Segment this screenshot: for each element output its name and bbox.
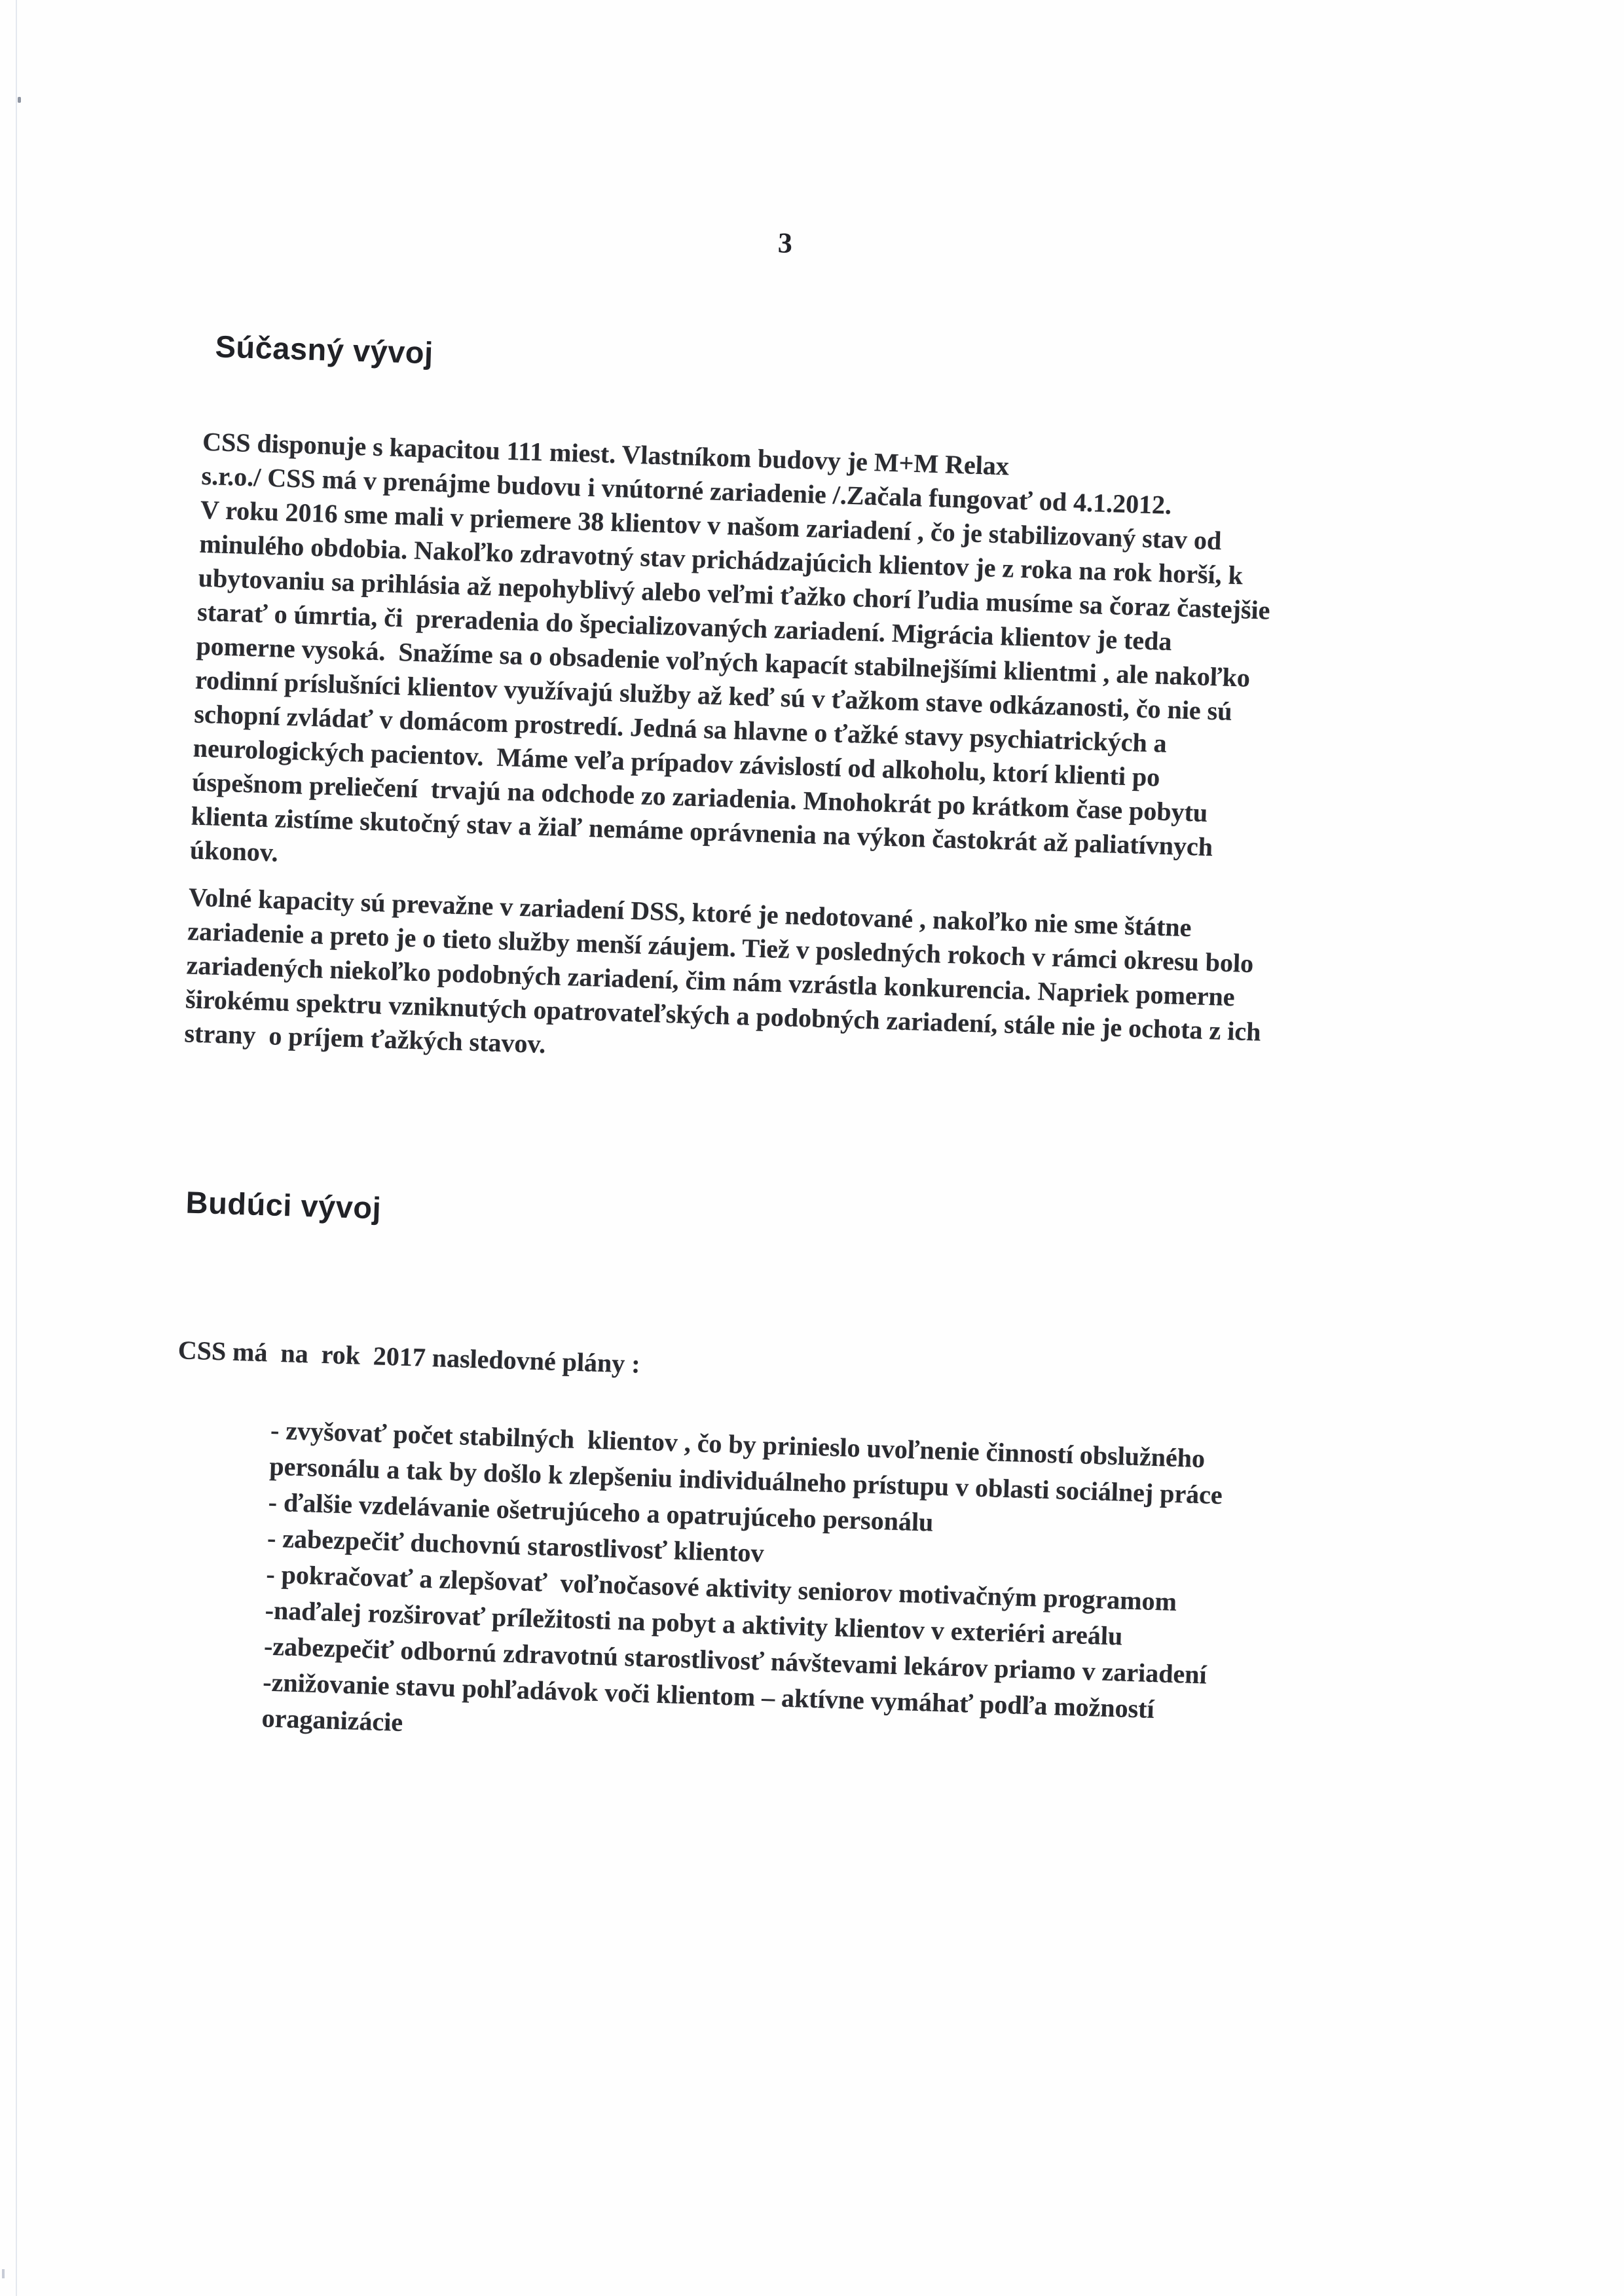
text-line: CSS má na rok 2017 nasledovné plány :	[177, 1333, 640, 1381]
scanned-content: 3 Súčasný vývoj CSS disponuje s kapacito…	[148, 0, 1457, 2263]
document-page: 3 Súčasný vývoj CSS disponuje s kapacito…	[0, 0, 1624, 2296]
page-number: 3	[209, 209, 1362, 278]
paragraph-current-development: CSS disponuje s kapacitou 111 miest. Vla…	[189, 425, 1274, 900]
heading-buduci-vyvoj: Budúci vývoj	[185, 1184, 382, 1226]
plans-intro-line: CSS má na rok 2017 nasledovné plány :	[177, 1333, 640, 1381]
scan-speck	[2, 2269, 5, 2278]
scan-speck	[18, 97, 21, 103]
heading-sucasny-vyvoj: Súčasný vývoj	[215, 328, 434, 371]
plans-list: - zvyšovať počet stabilných klientov , č…	[261, 1412, 1224, 1765]
scan-edge-artifact	[16, 0, 17, 2296]
paragraph-free-capacity: Volné kapacity sú prevažne v zariadení D…	[184, 880, 1264, 1083]
